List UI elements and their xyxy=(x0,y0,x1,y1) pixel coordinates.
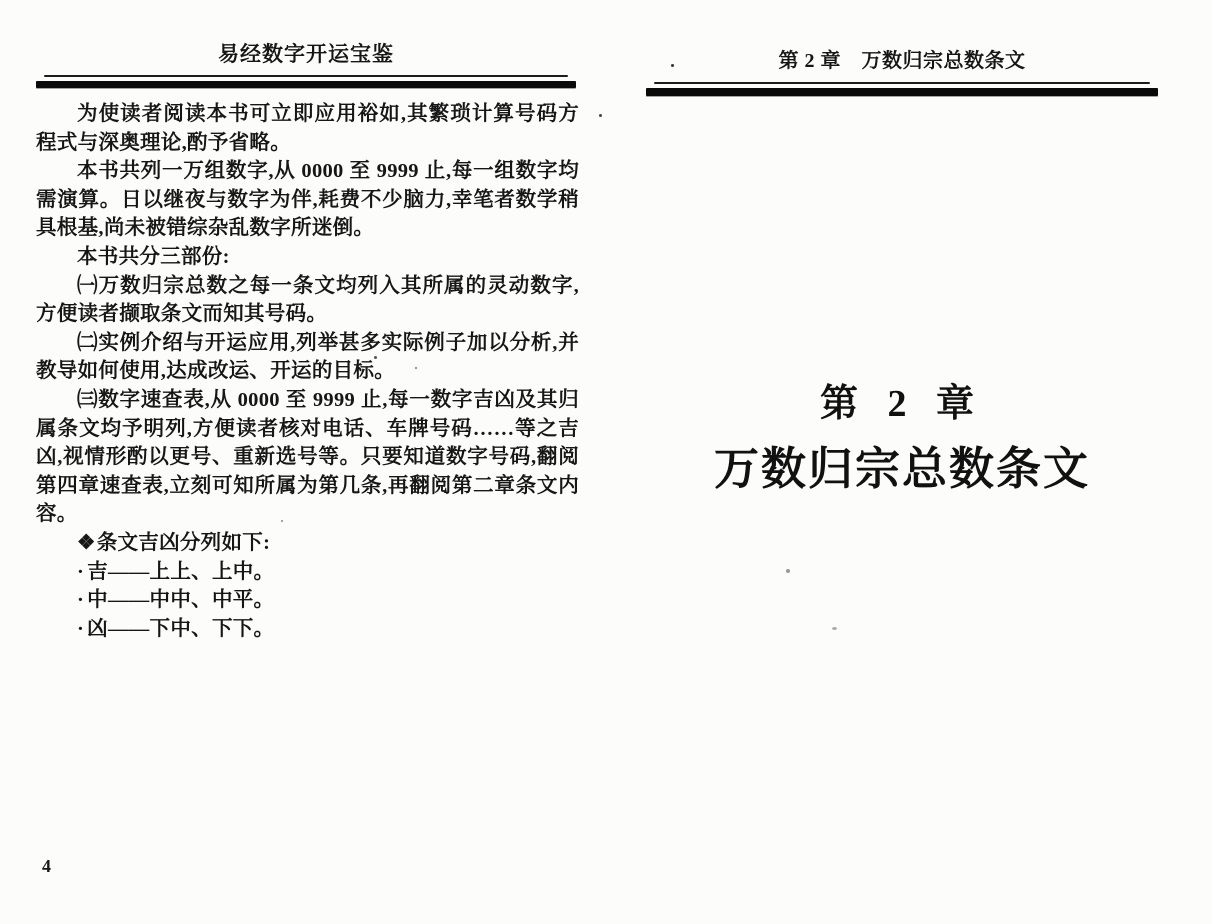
right-head-rule-thin xyxy=(654,82,1150,84)
list-item: ·吉——上上、上中。 xyxy=(77,558,579,587)
list-item: ·中——中中、中平。 xyxy=(77,586,579,615)
left-head-rule-thin xyxy=(44,75,568,77)
body-paragraph: ㈠万数归宗总数之每一条文均列入其所属的灵动数字,方便读者撷取条文而知其号码。 xyxy=(36,272,579,329)
right-running-head: 第 2 章 万数归宗总数条文 xyxy=(646,44,1158,82)
left-running-head: 易经数字开运宝鉴 xyxy=(36,38,576,75)
scan-speck xyxy=(281,520,283,522)
left-page: 易经数字开运宝鉴 为使读者阅读本书可立即应用裕如,其繁琐计算号码方程式与深奥理论… xyxy=(36,38,576,643)
left-page-body: 为使读者阅读本书可立即应用裕如,其繁琐计算号码方程式与深奥理论,酌予省略。 本书… xyxy=(36,100,579,643)
fortune-legend-list: ·吉——上上、上中。 ·中——中中、中平。 ·凶——下中、下下。 xyxy=(36,558,579,644)
diamond-note-text: 条文吉凶分列如下: xyxy=(97,532,271,554)
body-paragraph: ㈢数字速查表,从 0000 至 9999 止,每一数字吉凶及其归属条文均予明列,… xyxy=(36,386,579,529)
chapter-number: 第 2 章 xyxy=(646,372,1158,427)
scan-speck xyxy=(374,356,377,359)
scan-speck xyxy=(415,367,417,369)
chapter-heading: 第 2 章 万数归宗总数条文 xyxy=(646,372,1158,497)
body-paragraph: ㈡实例介绍与开运应用,列举甚多实际例子加以分析,并教导如何使用,达成改运、开运的… xyxy=(36,329,579,386)
body-paragraph: 为使读者阅读本书可立即应用裕如,其繁琐计算号码方程式与深奥理论,酌予省略。 xyxy=(36,100,579,157)
body-paragraph: 本书共分三部份: xyxy=(36,243,579,272)
scan-speck xyxy=(786,569,790,573)
list-item-text: 吉——上上、上中。 xyxy=(87,561,274,583)
list-item: ·凶——下中、下下。 xyxy=(77,615,579,644)
chapter-title: 万数归宗总数条文 xyxy=(646,432,1158,497)
right-head-rule-thick xyxy=(646,88,1158,96)
list-item-text: 凶——下中、下下。 xyxy=(87,618,274,640)
page-number: 4 xyxy=(42,856,51,877)
scan-speck xyxy=(671,64,674,67)
bullet-icon: · xyxy=(77,589,84,611)
bullet-icon: · xyxy=(77,561,84,583)
diamond-icon: ❖ xyxy=(77,532,96,554)
bullet-icon: · xyxy=(77,618,84,640)
book-spread-scan: 易经数字开运宝鉴 为使读者阅读本书可立即应用裕如,其繁琐计算号码方程式与深奥理论… xyxy=(0,0,1212,924)
left-head-rule-thick xyxy=(36,81,576,88)
scan-speck xyxy=(832,627,837,630)
right-page: 第 2 章 万数归宗总数条文 xyxy=(646,44,1158,96)
diamond-note: ❖条文吉凶分列如下: xyxy=(36,529,579,558)
body-paragraph: 本书共列一万组数字,从 0000 至 9999 止,每一组数字均需演算。日以继夜… xyxy=(36,157,579,243)
list-item-text: 中——中中、中平。 xyxy=(87,589,274,611)
scan-speck xyxy=(599,114,602,117)
